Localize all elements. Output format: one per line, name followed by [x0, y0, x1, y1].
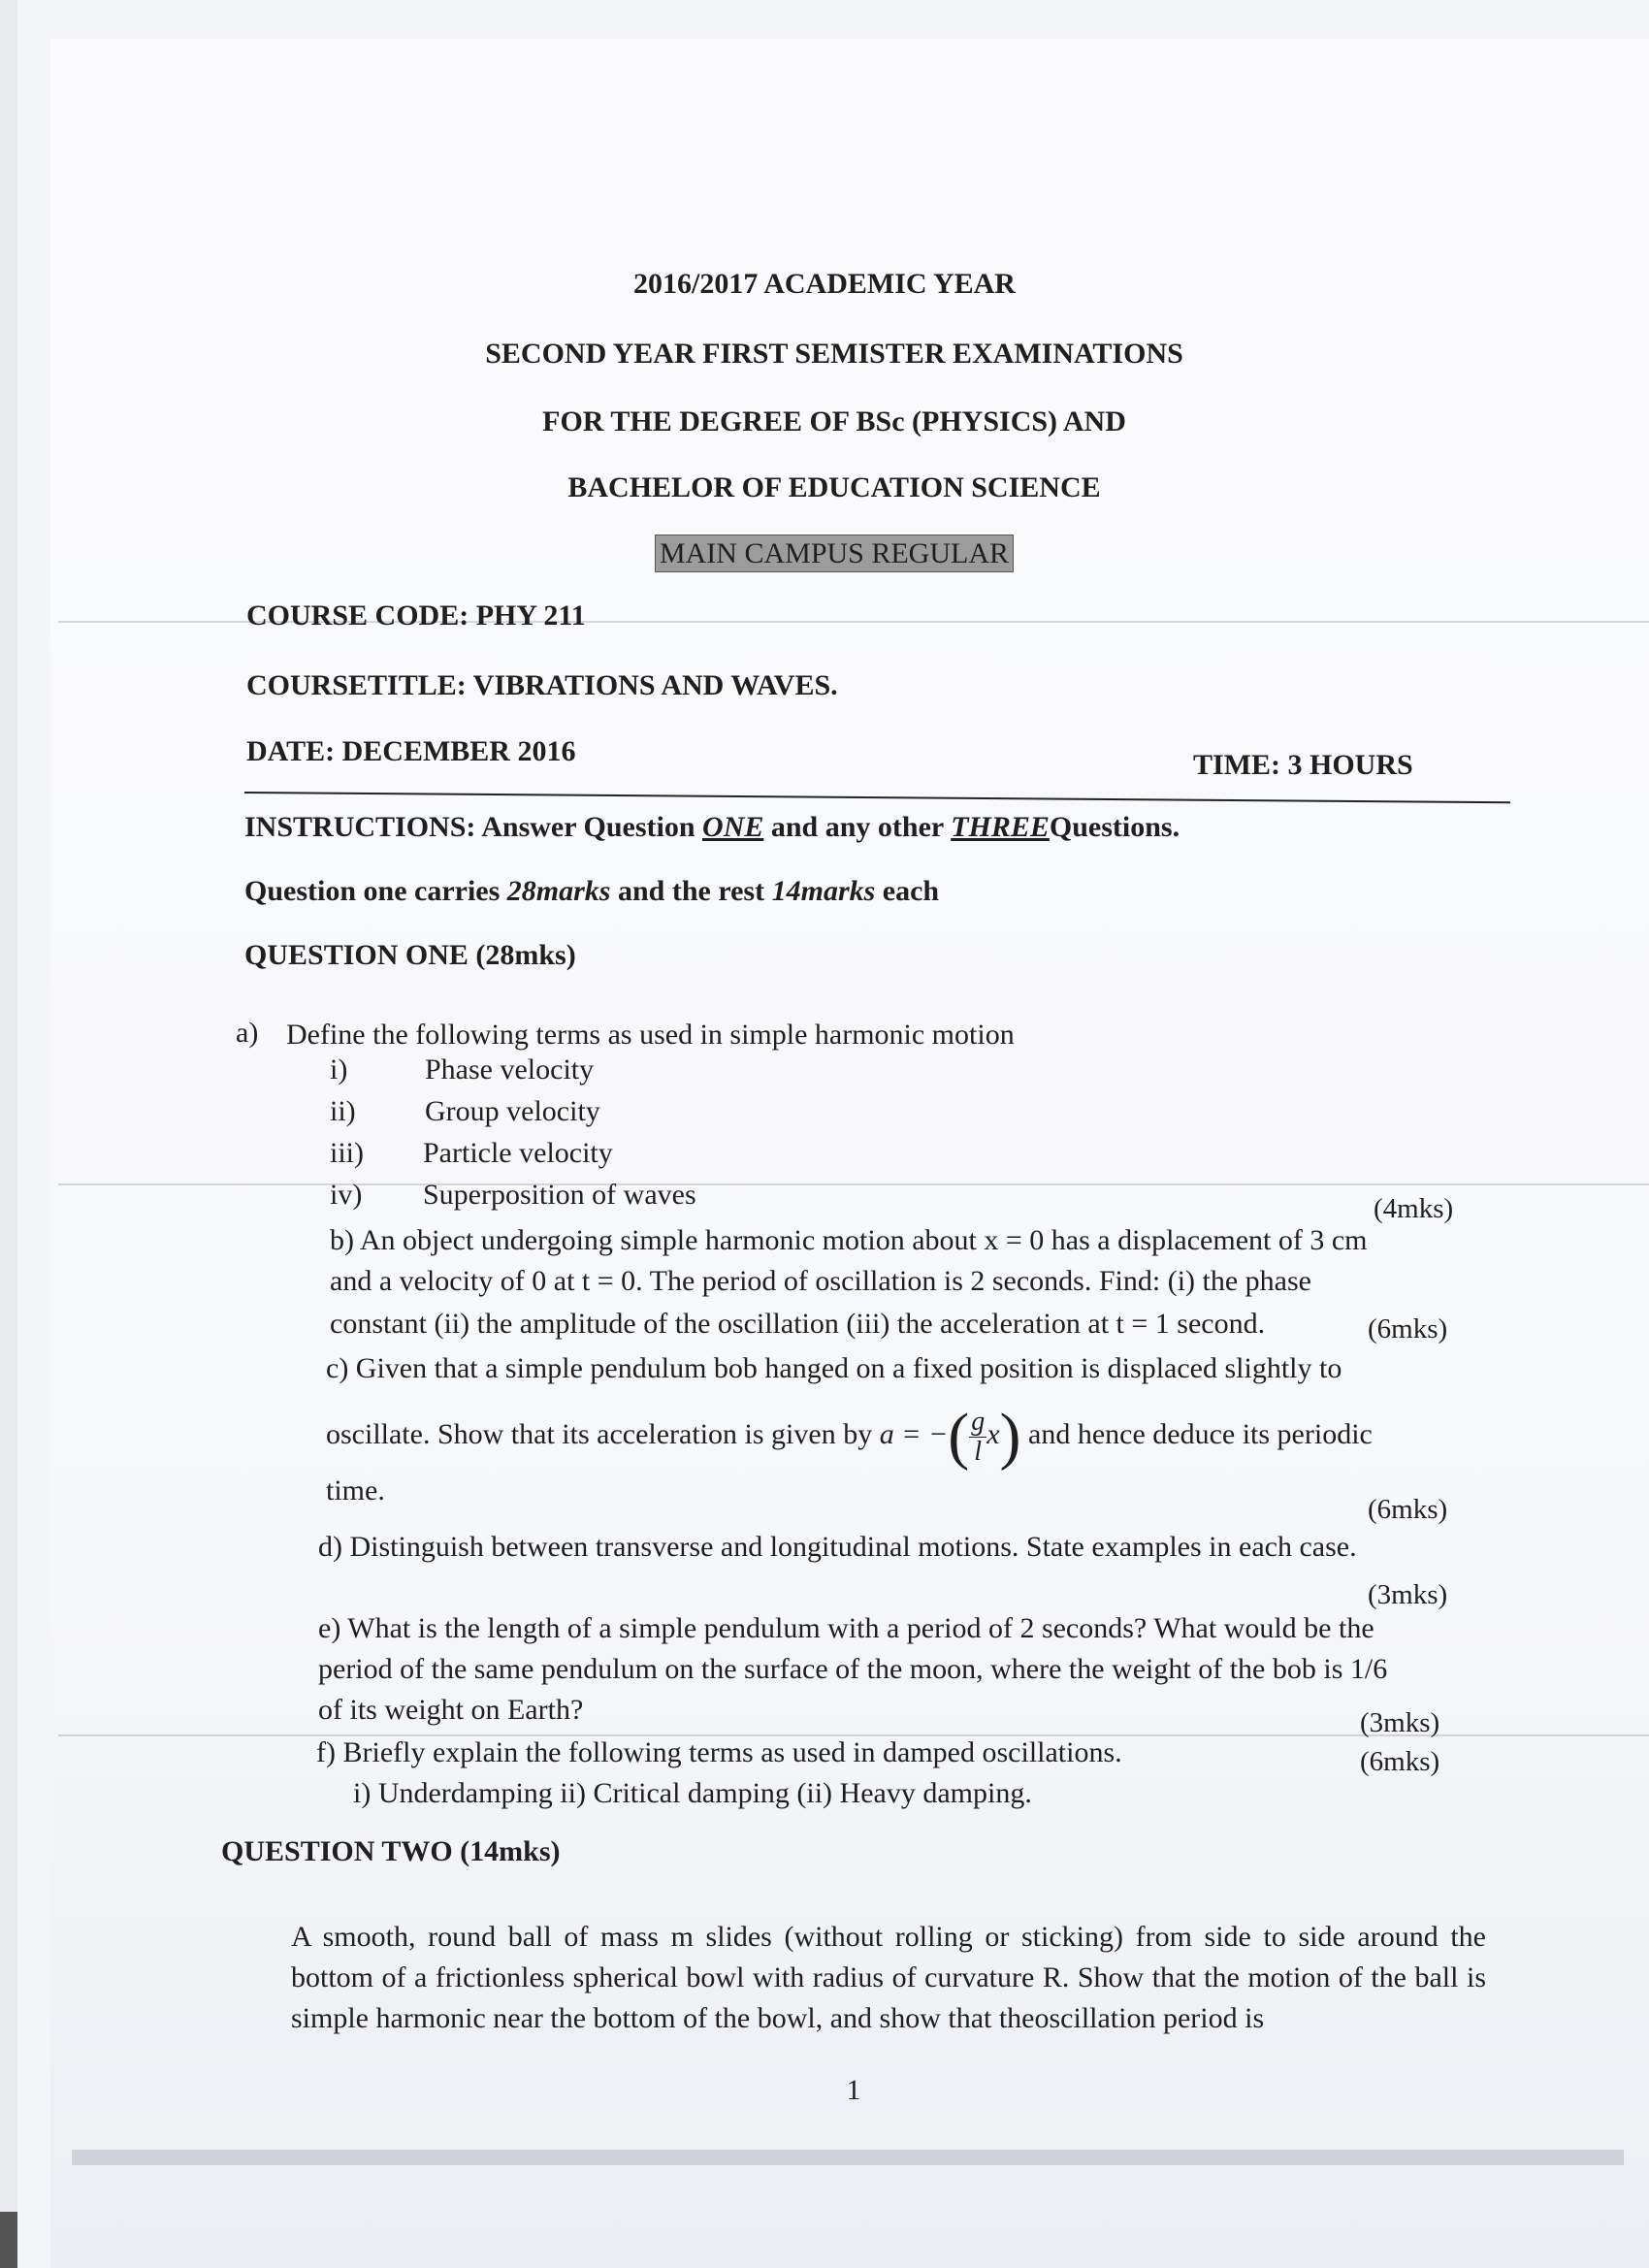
q1a-label: a): [236, 1019, 258, 1048]
q1e-marks: (3mks): [1360, 1707, 1439, 1739]
q1e-line2: period of the same pendulum on the surfa…: [318, 1655, 1387, 1684]
q1b-line3: constant (ii) the amplitude of the oscil…: [330, 1310, 1265, 1339]
marks-prefix: Question one carries: [244, 875, 507, 907]
q1b-line1: b) An object undergoing simple harmonic …: [330, 1226, 1367, 1255]
equation-paren-close: ): [1000, 1401, 1021, 1472]
q1f-items: i) Underdamping ii) Critical damping (ii…: [353, 1779, 1032, 1808]
q1f-text: f) Briefly explain the following terms a…: [316, 1738, 1122, 1767]
q1d-marks: (3mks): [1368, 1579, 1447, 1611]
equation-paren-open: (: [948, 1401, 969, 1472]
exam-title: SECOND YEAR FIRST SEMISTER EXAMINATIONS: [10, 340, 1649, 369]
q1b-line2: and a velocity of 0 at t = 0. The period…: [330, 1267, 1311, 1296]
q1a-item-text: Group velocity: [425, 1097, 600, 1126]
q1c-line2-post: and hence deduce its periodic: [1021, 1418, 1373, 1450]
q1c-line2: oscillate. Show that its acceleration is…: [326, 1405, 1373, 1469]
q1e-line3: of its weight on Earth?: [318, 1696, 583, 1725]
marks-suffix: each: [875, 875, 939, 907]
q1a-text: Define the following terms as used in si…: [286, 1021, 1015, 1050]
q1f-marks: (6mks): [1360, 1746, 1439, 1778]
degree-line-2: BACHELOR OF EDUCATION SCIENCE: [10, 473, 1649, 502]
exam-date: DATE: DECEMBER 2016: [246, 737, 575, 766]
instructions-prefix: INSTRUCTIONS: Answer Question: [244, 811, 702, 843]
equation-denominator: l: [969, 1438, 986, 1466]
equation-lhs: a = −: [880, 1418, 949, 1450]
instructions-three: THREE: [951, 811, 1050, 843]
page-number: 1: [29, 2076, 1649, 2105]
q1a-item-text: Phase velocity: [425, 1055, 594, 1085]
academic-year: 2016/2017 ACADEMIC YEAR: [0, 270, 1649, 299]
instructions-suffix: Questions.: [1050, 811, 1180, 843]
q1c-line2-pre: oscillate. Show that its acceleration is…: [326, 1418, 880, 1450]
q1a-marks: (4mks): [1374, 1193, 1453, 1225]
q1a-item-num: iii): [330, 1139, 364, 1168]
instructions-middle: and any other: [763, 811, 951, 843]
exam-time: TIME: 3 HOURS: [1193, 751, 1413, 780]
q1d-text: d) Distinguish between transverse and lo…: [318, 1533, 1357, 1562]
question-two-text: A smooth, round ball of mass m slides (w…: [291, 1917, 1486, 2039]
course-title: COURSETITLE: VIBRATIONS AND WAVES.: [246, 671, 838, 700]
equation-fraction: gl: [969, 1408, 986, 1466]
q1b-marks: (6mks): [1368, 1313, 1447, 1345]
instructions: INSTRUCTIONS: Answer Question ONE and an…: [244, 813, 1180, 842]
marks-one: 28marks: [507, 875, 611, 907]
marks-rest: 14marks: [772, 875, 876, 907]
question-one-heading: QUESTION ONE (28mks): [244, 941, 576, 970]
equation-numerator: g: [969, 1408, 986, 1437]
instructions-one: ONE: [702, 811, 763, 843]
q1a-item-text: Particle velocity: [423, 1139, 613, 1168]
q1a-item-num: ii): [330, 1097, 356, 1126]
marks-note: Question one carries 28marks and the res…: [244, 877, 939, 906]
course-code: COURSE CODE: PHY 211: [246, 601, 586, 631]
equation-variable: x: [986, 1418, 999, 1450]
question-two-heading: QUESTION TWO (14mks): [221, 1837, 561, 1866]
q1a-item-num: i): [330, 1055, 347, 1085]
paper-fold-line: [58, 1183, 1649, 1185]
q1a-item-num: iv): [330, 1181, 362, 1210]
campus-badge: MAIN CAMPUS REGULAR: [655, 535, 1014, 572]
scan-corner-shadow: [0, 2212, 17, 2268]
marks-middle: and the rest: [610, 875, 771, 907]
q1a-item-text: Superposition of waves: [423, 1181, 696, 1210]
scan-bottom-band: [72, 2150, 1624, 2165]
q1c-marks: (6mks): [1368, 1494, 1447, 1526]
q1c-line3: time.: [326, 1476, 385, 1506]
q1e-line1: e) What is the length of a simple pendul…: [318, 1614, 1374, 1643]
campus-badge-wrap: MAIN CAMPUS REGULAR: [10, 539, 1649, 568]
q1c-line1: c) Given that a simple pendulum bob hang…: [326, 1354, 1342, 1383]
degree-line-1: FOR THE DEGREE OF BSc (PHYSICS) AND: [10, 407, 1649, 437]
